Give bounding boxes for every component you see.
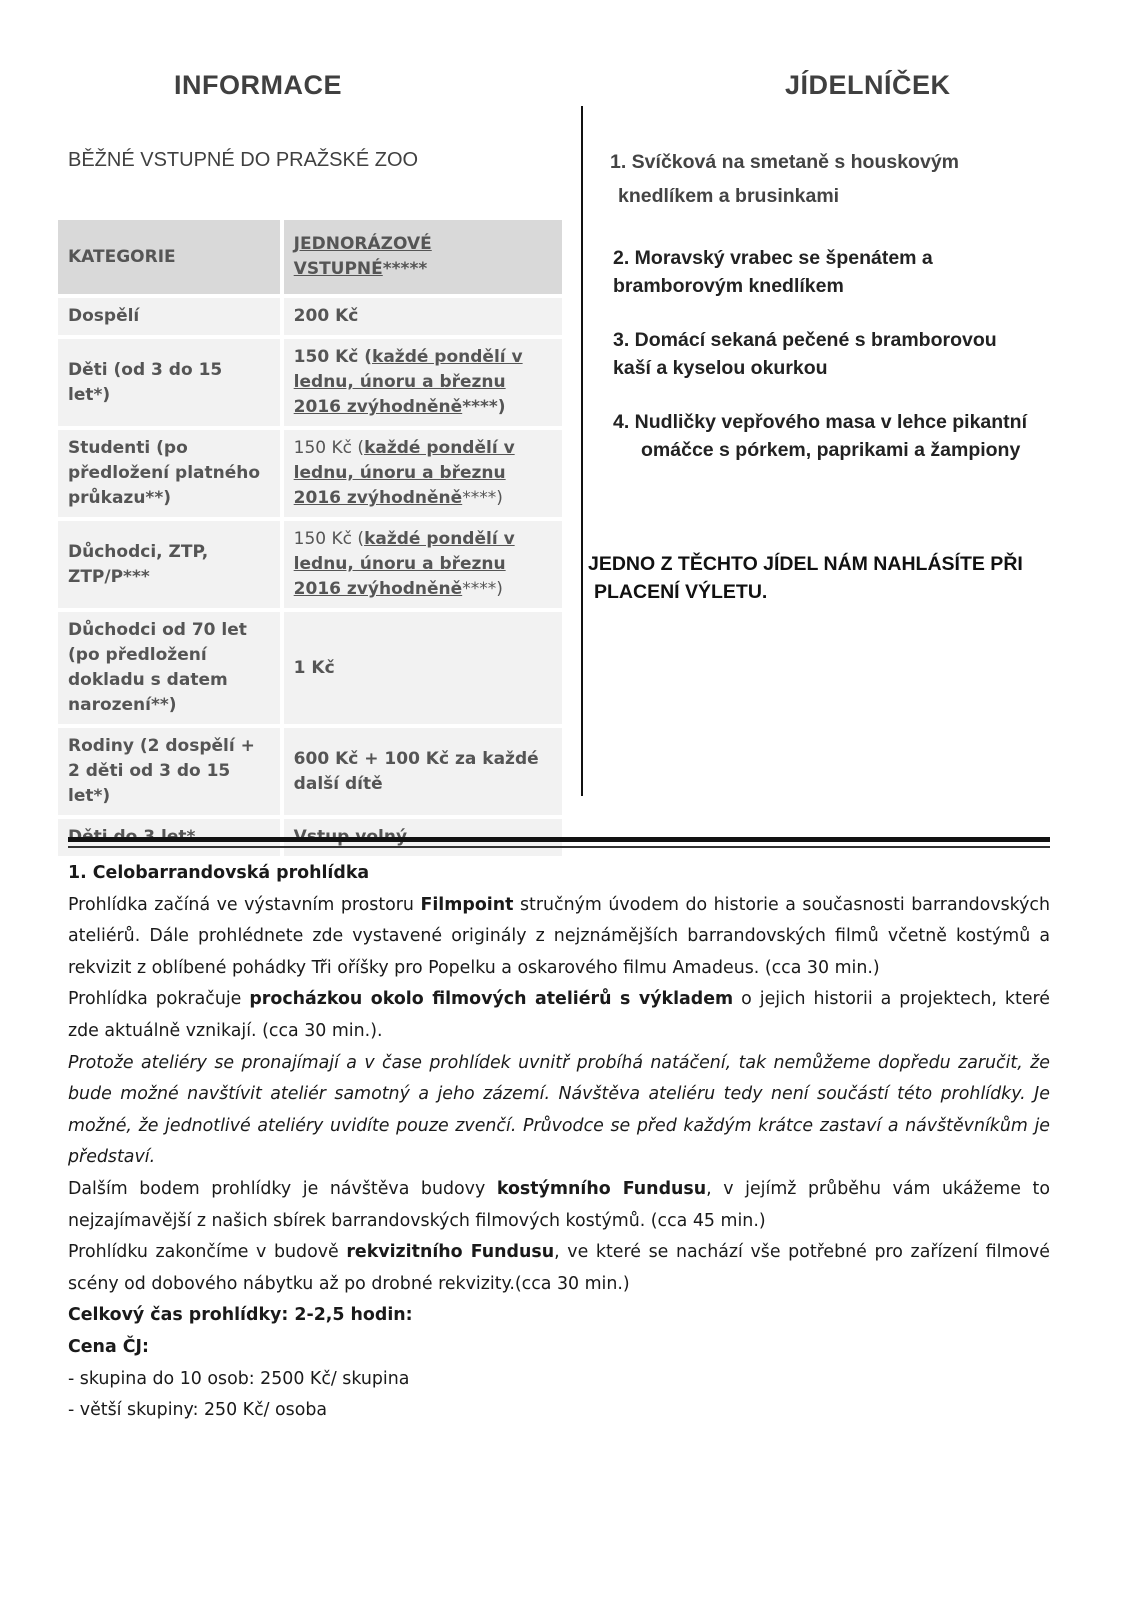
row-category: Rodiny (2 dospělí + 2 děti od 3 do 15 le… <box>58 728 280 815</box>
tour-paragraph: Dalším bodem prohlídky je návštěva budov… <box>68 1174 1050 1237</box>
row-category: Důchodci, ZTP, ZTP/P*** <box>58 521 280 608</box>
price-prefix: 150 Kč ( <box>294 438 364 458</box>
table-row: Důchodci, ZTP, ZTP/P*** 150 Kč (každé po… <box>58 521 562 608</box>
section-divider-thin <box>68 846 1050 848</box>
text-bold: kostýmního Fundusu <box>497 1179 706 1199</box>
price-suffix: ****) <box>462 488 503 508</box>
menu-item-line: bramborovým knedlíkem <box>613 275 844 297</box>
menu-item-line: 3. Domácí sekaná pečené s bramborovou <box>613 329 997 351</box>
menu-heading: JÍDELNÍČEK <box>785 70 951 101</box>
table-row: Rodiny (2 dospělí + 2 děti od 3 do 15 le… <box>58 728 562 815</box>
tour-paragraph: Prohlídku zakončíme v budově rekvizitníh… <box>68 1237 1050 1300</box>
tour-paragraph-note: Protože ateliéry se pronajímají a v čase… <box>68 1048 1050 1174</box>
menu-item: 1. Svíčková na smetaně s houskovým knedl… <box>610 148 959 210</box>
menu-note-line: PLACENÍ VÝLETU. <box>588 578 1023 606</box>
menu-note: JEDNO Z TĚCHTO JÍDEL NÁM NAHLÁSÍTE PŘI P… <box>588 550 1023 606</box>
menu-item-line: kaší a kyselou okurkou <box>613 357 828 379</box>
table-row: Důchodci od 70 let (po předložení doklad… <box>58 612 562 724</box>
row-category: Studenti (po předložení platného průkazu… <box>58 430 280 517</box>
tour-total-time: Celkový čas prohlídky: 2-2,5 hodin: <box>68 1300 1050 1332</box>
tour-paragraph: Prohlídka začíná ve výstavním prostoru F… <box>68 890 1050 985</box>
row-price: 1 Kč <box>284 612 562 724</box>
tour-price-line: - skupina do 10 osob: 2500 Kč/ skupina <box>68 1364 1050 1396</box>
table-row: Děti (od 3 do 15 let*) 150 Kč (každé pon… <box>58 339 562 426</box>
menu-item-line: 2. Moravský vrabec se špenátem a <box>613 247 933 269</box>
row-category: Důchodci od 70 let (po předložení doklad… <box>58 612 280 724</box>
row-price: 600 Kč + 100 Kč za každé další dítě <box>284 728 562 815</box>
text-bold: procházkou okolo filmových ateliérů s vý… <box>249 989 733 1009</box>
price-suffix: ****) <box>462 397 505 417</box>
tour-price-line: - větší skupiny: 250 Kč/ osoba <box>68 1395 1050 1427</box>
menu-item-line: omáčce s pórkem, paprikami a žampiony <box>613 436 1027 464</box>
menu-note-line: JEDNO Z TĚCHTO JÍDEL NÁM NAHLÁSÍTE PŘI <box>588 553 1023 575</box>
text: Prohlídka začíná ve výstavním prostoru <box>68 895 420 915</box>
menu-item-line: knedlíkem a brusinkami <box>610 182 959 210</box>
table-row: Studenti (po předložení platného průkazu… <box>58 430 562 517</box>
menu-item-line: 1. Svíčková na smetaně s houskovým <box>610 151 959 173</box>
text: Prohlídku zakončíme v budově <box>68 1242 346 1262</box>
section-divider-thick <box>68 837 1050 842</box>
text: Dalším bodem prohlídky je návštěva budov… <box>68 1179 497 1199</box>
info-heading: INFORMACE <box>174 70 342 101</box>
admission-price-table: KATEGORIE JEDNORÁZOVÉ VSTUPNÉ***** Dospě… <box>54 216 566 860</box>
row-price: 150 Kč (každé pondělí v lednu, únoru a b… <box>284 339 562 426</box>
menu-item: 2. Moravský vrabec se špenátem a brambor… <box>613 244 933 300</box>
row-category: Děti (od 3 do 15 let*) <box>58 339 280 426</box>
tour-price-title: Cena ČJ: <box>68 1332 1050 1364</box>
table-header-row: KATEGORIE JEDNORÁZOVÉ VSTUPNÉ***** <box>58 220 562 294</box>
tour-section: 1. Celobarrandovská prohlídka Prohlídka … <box>68 858 1050 1427</box>
row-category: Dospělí <box>58 298 280 335</box>
header-price: JEDNORÁZOVÉ VSTUPNÉ***** <box>284 220 562 294</box>
text-bold: rekvizitního Fundusu <box>346 1242 554 1262</box>
header-category: KATEGORIE <box>58 220 280 294</box>
text-bold: Filmpoint <box>420 895 513 915</box>
zoo-admission-subtitle: BĚŽNÉ VSTUPNÉ DO PRAŽSKÉ ZOO <box>68 149 418 172</box>
price-suffix: ****) <box>462 579 503 599</box>
price-prefix: 150 Kč ( <box>294 529 364 549</box>
tour-title: 1. Celobarrandovská prohlídka <box>68 858 1050 890</box>
column-divider <box>581 106 583 796</box>
row-price: 150 Kč (každé pondělí v lednu, únoru a b… <box>284 521 562 608</box>
menu-item: 3. Domácí sekaná pečené s bramborovou ka… <box>613 326 997 382</box>
table-row: Dospělí 200 Kč <box>58 298 562 335</box>
menu-item-line: 4. Nudličky vepřového masa v lehce pikan… <box>613 411 1027 433</box>
tour-paragraph: Prohlídka pokračuje procházkou okolo fil… <box>68 984 1050 1047</box>
row-price: 200 Kč <box>284 298 562 335</box>
row-price: 150 Kč (každé pondělí v lednu, únoru a b… <box>284 430 562 517</box>
text: Prohlídka pokračuje <box>68 989 249 1009</box>
price-prefix: 150 Kč ( <box>294 347 372 367</box>
menu-item: 4. Nudličky vepřového masa v lehce pikan… <box>613 408 1027 464</box>
header-price-asterisks: ***** <box>383 259 427 279</box>
